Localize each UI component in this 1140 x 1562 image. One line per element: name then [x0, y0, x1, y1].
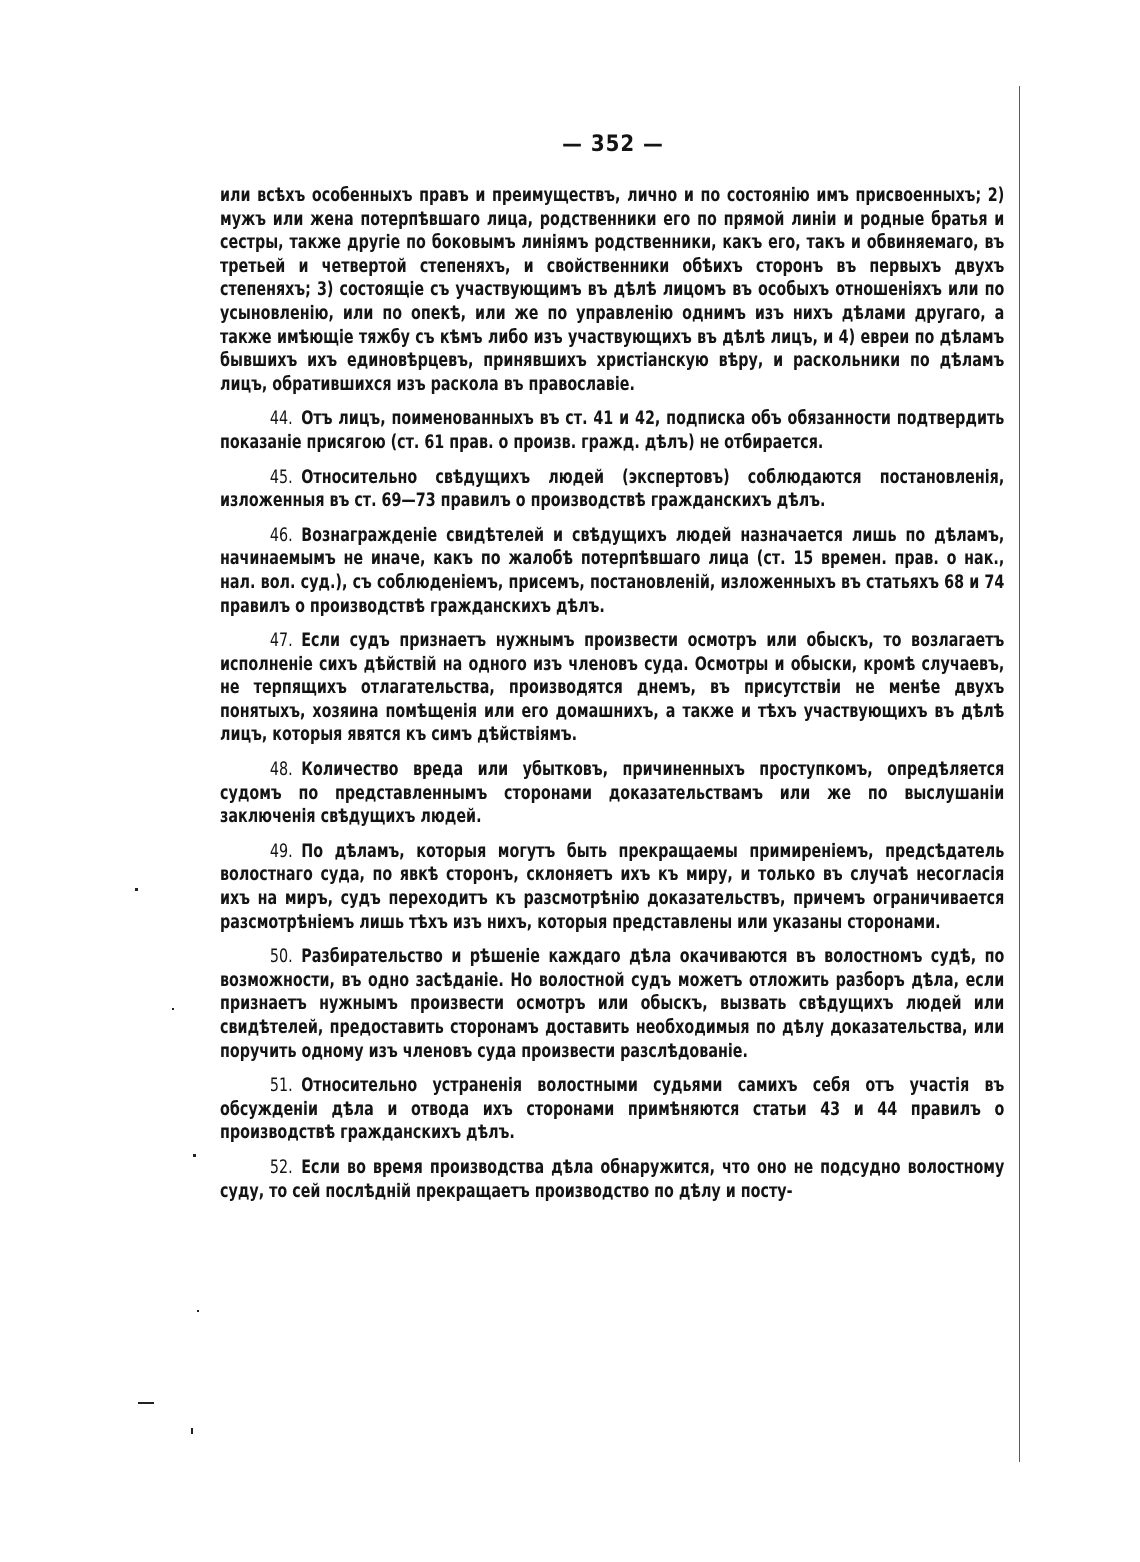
article-text: Относительно устраненія волостными судья… — [220, 1075, 1004, 1143]
article-text: Если во время производства дѣла обнаружи… — [220, 1157, 1004, 1202]
scan-speck — [172, 1008, 174, 1010]
article-47: 47.Если судъ признаетъ нужнымъ произвест… — [220, 629, 1004, 747]
scan-speck — [197, 1310, 199, 1312]
article-number: 52. — [270, 1157, 293, 1178]
page-number: — 352 — — [0, 132, 1140, 157]
article-text: Вознагражденіе свидѣтелей и свѣдущихъ лю… — [220, 525, 1004, 617]
article-number: 47. — [270, 630, 293, 651]
article-48: 48.Количество вреда или убытковъ, причин… — [220, 758, 1004, 829]
article-51: 51.Относительно устраненія волостными су… — [220, 1074, 1004, 1145]
article-number: 51. — [270, 1075, 293, 1096]
scan-speck — [193, 1154, 196, 1157]
article-number: 44. — [270, 408, 293, 429]
article-52: 52.Если во время производства дѣла обнар… — [220, 1156, 1004, 1203]
page-edge-line — [1019, 86, 1020, 1462]
article-45: 45.Относительно свѣдущихъ людей (эксперт… — [220, 466, 1004, 513]
article-text: Относительно свѣдущихъ людей (экспертовъ… — [220, 467, 1004, 512]
article-text: Если судъ признаетъ нужнымъ произвести о… — [220, 630, 1004, 745]
article-number: 48. — [270, 759, 293, 780]
continuation-paragraph: или всѣхъ особенныхъ правъ и преимуществ… — [220, 184, 1004, 396]
article-44: 44.Отъ лицъ, поименованныхъ въ ст. 41 и … — [220, 407, 1004, 454]
article-text: Отъ лицъ, поименованныхъ въ ст. 41 и 42,… — [220, 408, 1004, 453]
article-number: 46. — [270, 525, 293, 546]
article-49: 49.По дѣламъ, которыя могутъ быть прекра… — [220, 840, 1004, 934]
scan-speck — [138, 1402, 154, 1404]
article-text: Количество вреда или убытковъ, причиненн… — [220, 759, 1004, 827]
scan-speck — [191, 1428, 193, 1434]
scan-speck — [135, 888, 138, 891]
scanned-page: — 352 — или всѣхъ особенныхъ правъ и пре… — [0, 0, 1140, 1562]
article-50: 50.Разбирательство и рѣшеніе каждаго дѣл… — [220, 945, 1004, 1063]
body-text: или всѣхъ особенныхъ правъ и преимуществ… — [220, 184, 894, 1203]
article-number: 50. — [270, 946, 293, 967]
article-number: 45. — [270, 467, 293, 488]
article-text: Разбирательство и рѣшеніе каждаго дѣла о… — [220, 946, 1004, 1061]
article-number: 49. — [270, 841, 293, 862]
article-text: По дѣламъ, которыя могутъ быть прекращае… — [220, 841, 1004, 933]
article-46: 46.Вознагражденіе свидѣтелей и свѣдущихъ… — [220, 524, 1004, 618]
